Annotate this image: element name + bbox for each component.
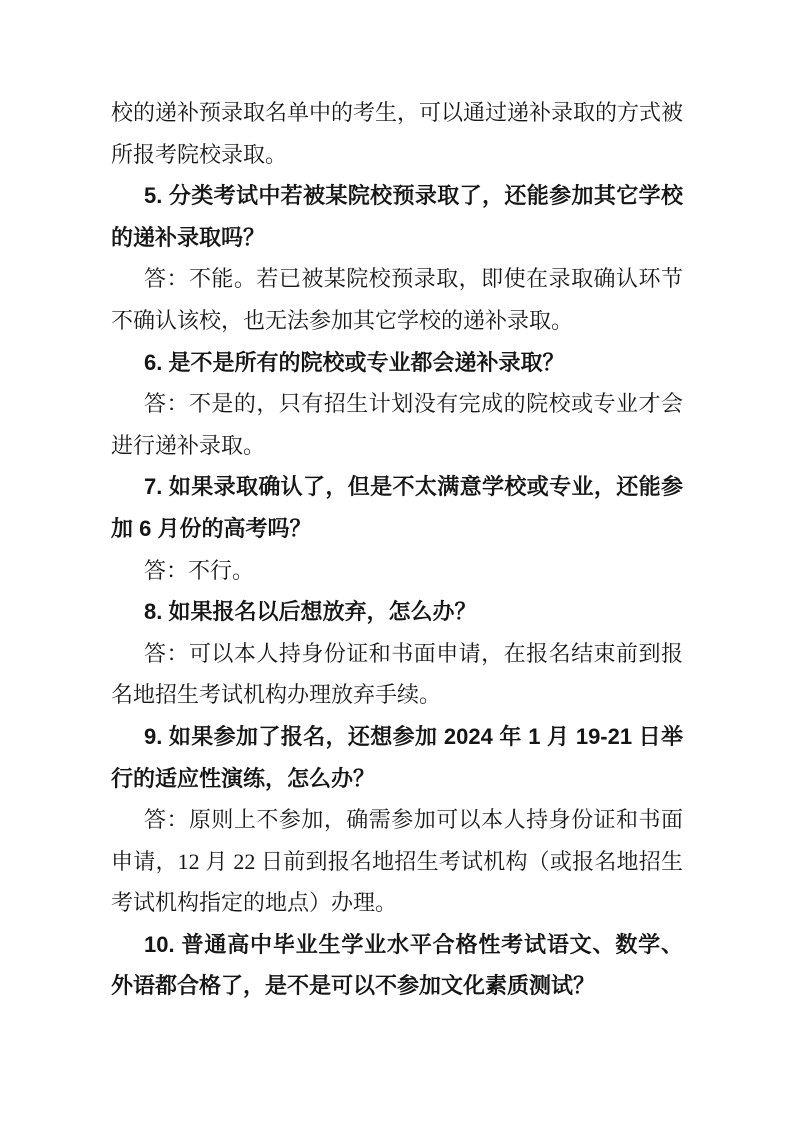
question-paragraph: 9. 如果参加了报名，还想参加 2024 年 1 月 19-21 日举行的适应性… [111, 716, 683, 799]
answer-paragraph: 答：不能。若已被某院校预录取，即使在录取确认环节不确认该校，也无法参加其它学校的… [111, 258, 683, 341]
question-paragraph: 5. 分类考试中若被某院校预录取了，还能参加其它学校的递补录取吗？ [111, 175, 683, 258]
answer-paragraph: 校的递补预录取名单中的考生，可以通过递补录取的方式被所报考院校录取。 [111, 92, 683, 175]
answer-paragraph: 答：可以本人持身份证和书面申请，在报名结束前到报名地招生考试机构办理放弃手续。 [111, 633, 683, 716]
document-content: 校的递补预录取名单中的考生，可以通过递补录取的方式被所报考院校录取。5. 分类考… [111, 92, 683, 1007]
question-paragraph: 10. 普通高中毕业生学业水平合格性考试语文、数学、外语都合格了，是不是可以不参… [111, 924, 683, 1007]
question-paragraph: 7. 如果录取确认了，但是不太满意学校或专业，还能参加 6 月份的高考吗？ [111, 466, 683, 549]
question-paragraph: 8. 如果报名以后想放弃，怎么办？ [111, 591, 683, 633]
question-paragraph: 6. 是不是所有的院校或专业都会递补录取？ [111, 342, 683, 384]
answer-paragraph: 答：原则上不参加，确需参加可以本人持身份证和书面申请，12 月 22 日前到报名… [111, 799, 683, 924]
answer-paragraph: 答：不是的，只有招生计划没有完成的院校或专业才会进行递补录取。 [111, 383, 683, 466]
answer-paragraph: 答：不行。 [111, 550, 683, 592]
document-page: 校的递补预录取名单中的考生，可以通过递补录取的方式被所报考院校录取。5. 分类考… [0, 0, 793, 1122]
